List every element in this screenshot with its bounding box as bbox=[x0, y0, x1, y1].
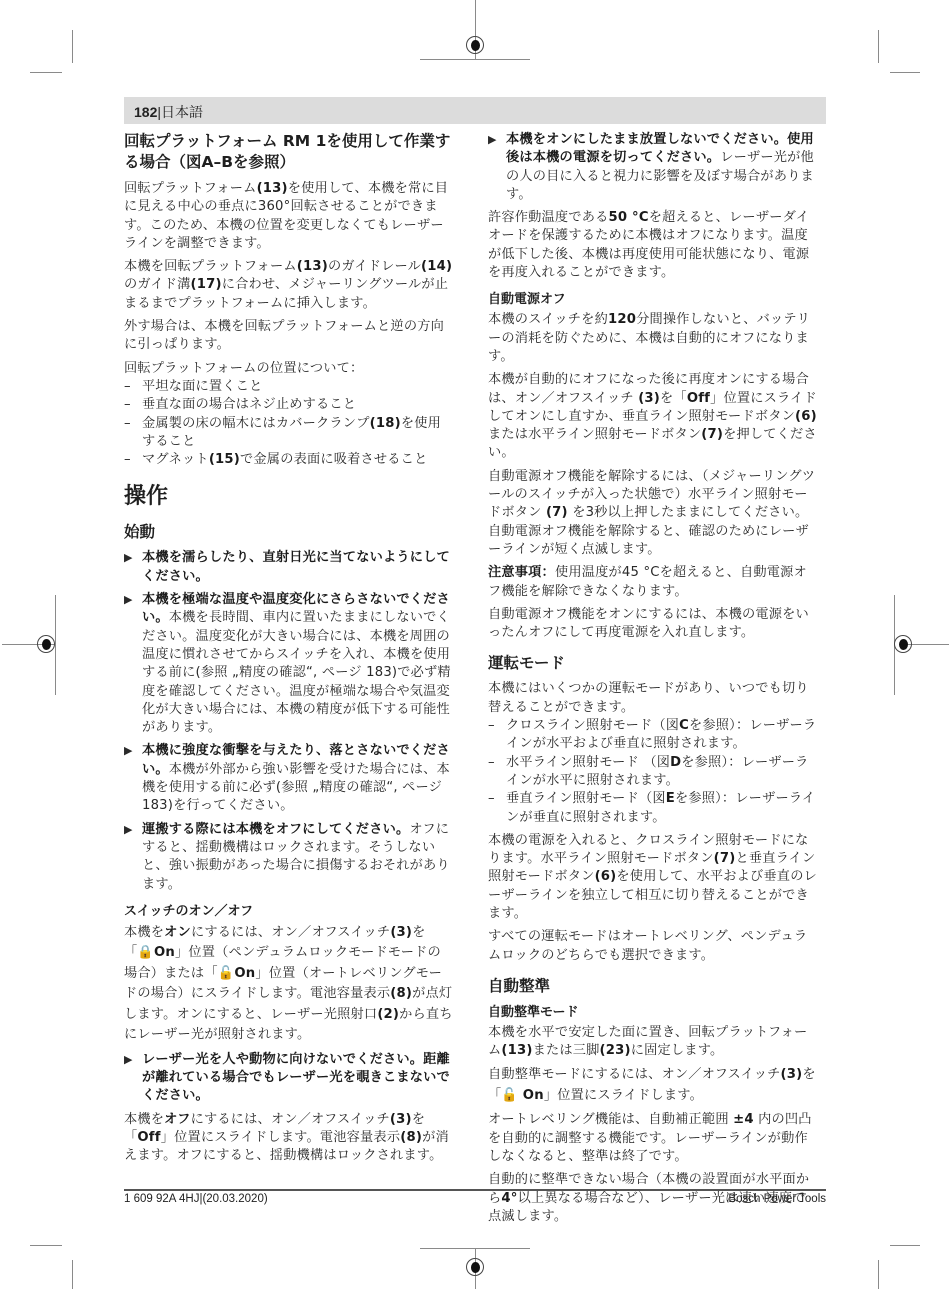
bold-text: (3) bbox=[390, 1112, 412, 1127]
crop-mark bbox=[72, 30, 73, 63]
bold-text: オン bbox=[164, 925, 191, 940]
list-item: –平坦な面に置くこと bbox=[124, 378, 454, 396]
bold-text: Off bbox=[137, 1130, 160, 1145]
warning-item: ▶本機を極端な温度や温度変化にさらさないでください。本機を長時間、車内に置いたま… bbox=[124, 591, 454, 737]
bold-text: (3) bbox=[390, 925, 412, 940]
bold-text: (15) bbox=[209, 452, 240, 467]
warning-triangle-icon: ▶ bbox=[124, 591, 133, 609]
unlocked-padlock-icon: 🔓 On bbox=[501, 1088, 543, 1103]
warning-triangle-icon: ▶ bbox=[124, 821, 133, 839]
paragraph: 本機を水平で安定した面に置き、回転プラットフォーム(13)または三脚(23)に固… bbox=[488, 1024, 818, 1061]
dash-bullet-icon: – bbox=[124, 378, 131, 396]
text: 自動整準モードにするには、オン／オフスイッチ bbox=[488, 1067, 781, 1082]
text: 垂直ライン照射モード（図 bbox=[506, 791, 666, 806]
text: または三脚 bbox=[533, 1043, 600, 1058]
paragraph: 外す場合は、本機を回転プラットフォームと逆の方向に引っぱります。 bbox=[124, 318, 454, 355]
paragraph: 自動電源オフ機能をオンにするには、本機の電源をいったんオフにして再度電源を入れ直… bbox=[488, 606, 818, 643]
section-title-operation: 操作 bbox=[124, 483, 454, 511]
dash-bullet-icon: – bbox=[124, 415, 131, 433]
text: 水平ライン照射モード （図 bbox=[506, 755, 670, 770]
bold-text: (6) bbox=[595, 869, 617, 884]
text: に固定します。 bbox=[631, 1043, 724, 1058]
page-number: 182 bbox=[134, 104, 157, 120]
text: にするには、オン／オフスイッチ bbox=[191, 1112, 390, 1127]
crop-mark bbox=[30, 1245, 62, 1246]
paragraph: オートレベリング機能は、自動補正範囲 ±4 内の凹凸を自動的に調整する機能です。… bbox=[488, 1111, 818, 1166]
note: 注意事項：使用温度が45 °Cを超えると、自動電源オフ機能を解除できなくなります… bbox=[488, 564, 818, 601]
text: または水平ライン照射モードボタン bbox=[488, 427, 701, 442]
warning-item: ▶運搬する際には本機をオフにしてください。オフにすると、揺動機構はロックされます… bbox=[124, 821, 454, 894]
paragraph: 許容作動温度である50 °Cを超えると、レーザーダイオードを保護するために本機は… bbox=[488, 209, 818, 282]
bold-text: E bbox=[666, 791, 675, 806]
crop-mark bbox=[878, 1260, 879, 1289]
modes-list: –クロスライン照射モード（図Cを参照）：レーザーラインが水平および垂直に照射され… bbox=[488, 717, 818, 827]
bold-text: (17) bbox=[191, 277, 222, 292]
bold-text: 4° bbox=[501, 1191, 517, 1206]
warning-triangle-icon: ▶ bbox=[124, 1051, 133, 1069]
text: 」位置にスライドします。 bbox=[544, 1088, 703, 1103]
bold-text: 運搬する際には本機をオフにしてください。 bbox=[142, 822, 409, 837]
left-column: 回転プラットフォーム RM 1を使用して作業する場合（図A–Bを参照） 回転プラ… bbox=[124, 131, 454, 1171]
text: 本機を bbox=[124, 925, 164, 940]
text: 垂直な面の場合はネジ止めすること bbox=[142, 397, 356, 412]
bold-text: (8) bbox=[390, 986, 412, 1001]
warning-triangle-icon: ▶ bbox=[488, 131, 497, 149]
bold-text: (3) bbox=[781, 1067, 803, 1082]
section-title-auto-off: 自動電源オフ bbox=[488, 290, 818, 309]
bold-text: (8) bbox=[400, 1130, 422, 1145]
registration-target-icon bbox=[466, 36, 484, 54]
list-item: –マグネット(15)で金属の表面に吸着させること bbox=[124, 451, 454, 469]
list-item: –垂直ライン照射モード（図Eを参照）：レーザーラインが垂直に照射されます。 bbox=[488, 790, 818, 827]
text: 本機が外部から強い影響を受けた場合には、本機を使用する前に必ず(参照 „精度の確… bbox=[142, 762, 450, 814]
text: で金属の表面に吸着させること bbox=[240, 452, 427, 467]
page-header: 182|日本語 bbox=[134, 102, 203, 122]
section-title-modes: 運転モード bbox=[488, 652, 818, 674]
bold-text: 注意事項： bbox=[488, 565, 555, 580]
text: オートレベリング機能は、自動補正範囲 bbox=[488, 1112, 733, 1127]
bold-text: 本機を濡らしたり、直射日光に当てないようにしてください。 bbox=[142, 550, 450, 583]
paragraph: 本機をオフにするには、オン／オフスイッチ(3)を「Off」位置にスライドします。… bbox=[124, 1111, 454, 1166]
bold-text: D bbox=[670, 755, 681, 770]
paragraph: 本機が自動的にオフになった後に再度オンにする場合は、オン／オフスイッチ (3)を… bbox=[488, 371, 818, 462]
bold-text: (6) bbox=[795, 409, 817, 424]
bold-text: Off bbox=[687, 391, 710, 406]
bold-text: (14) bbox=[421, 259, 452, 274]
footer-brand: Bosch Power Tools bbox=[728, 1193, 826, 1205]
section-title-startup: 始動 bbox=[124, 521, 454, 543]
paragraph: すべての運転モードはオートレベリング、ペンデュラムロックのどちらでも選択できます… bbox=[488, 928, 818, 965]
text: 本機のスイッチを約 bbox=[488, 312, 608, 327]
warning-item: ▶本機をオンにしたまま放置しないでください。使用後は本機の電源を切ってください。… bbox=[488, 131, 818, 204]
warning-item: ▶本機に強度な衝撃を与えたり、落とさないでください。本機が外部から強い影響を受け… bbox=[124, 742, 454, 815]
text: 本機を回転プラットフォーム bbox=[124, 259, 297, 274]
list-item: –垂直な面の場合はネジ止めすること bbox=[124, 396, 454, 414]
bold-text: 50 °C bbox=[609, 210, 649, 225]
paragraph: 本機にはいくつかの運転モードがあり、いつでも切り替えることができます。 bbox=[488, 680, 818, 717]
crop-mark bbox=[30, 72, 62, 73]
right-column: ▶本機をオンにしたまま放置しないでください。使用後は本機の電源を切ってください。… bbox=[488, 131, 818, 1231]
registration-target-icon bbox=[894, 635, 912, 653]
paragraph: 本機の電源を入れると、クロスライン照射モードになります。水平ライン照射モードボタ… bbox=[488, 832, 818, 923]
bold-text: オフ bbox=[164, 1112, 190, 1127]
paragraph: 回転プラットフォームの位置について： bbox=[124, 360, 454, 378]
dash-bullet-icon: – bbox=[124, 451, 131, 469]
bold-text: (7) bbox=[714, 851, 736, 866]
bold-text: C bbox=[679, 718, 689, 733]
crop-mark bbox=[890, 72, 920, 73]
paragraph: 本機のスイッチを約120分間操作しないと、バッテリーの消耗を防ぐために、本機は自… bbox=[488, 311, 818, 366]
registration-target-icon bbox=[466, 1258, 484, 1276]
doc-id: 1 609 92A 4HJ bbox=[124, 1193, 199, 1205]
dash-bullet-icon: – bbox=[488, 717, 495, 735]
warning-triangle-icon: ▶ bbox=[124, 549, 133, 567]
warning-triangle-icon: ▶ bbox=[124, 742, 133, 760]
text: 本機を bbox=[124, 1112, 164, 1127]
text: を「 bbox=[660, 391, 687, 406]
unlocked-padlock-icon: 🔓On bbox=[218, 966, 256, 981]
text: 平坦な面に置くこと bbox=[142, 379, 263, 394]
bold-text: (13) bbox=[297, 259, 328, 274]
list-item: –水平ライン照射モード （図Dを参照）：レーザーラインが水平に照射されます。 bbox=[488, 754, 818, 791]
footer-doc-info: 1 609 92A 4HJ|(20.03.2020) bbox=[124, 1193, 268, 1205]
dash-bullet-icon: – bbox=[124, 396, 131, 414]
section-title-switch: スイッチのオン／オフ bbox=[124, 902, 454, 921]
crop-mark bbox=[890, 1245, 920, 1246]
text: 許容作動温度である bbox=[488, 210, 609, 225]
text: クロスライン照射モード（図 bbox=[506, 718, 679, 733]
header-language: 日本語 bbox=[161, 104, 203, 120]
paragraph: 自動整準モードにするには、オン／オフスイッチ(3)を「🔓 On」位置にスライドし… bbox=[488, 1065, 818, 1106]
bold-text: (13) bbox=[501, 1043, 532, 1058]
bold-text: (7) bbox=[546, 505, 568, 520]
text: 回転プラットフォーム bbox=[124, 181, 257, 196]
section-title-leveling: 自動整準 bbox=[488, 975, 818, 997]
paragraph: 本機をオンにするには、オン／オフスイッチ(3)を「🔒On」位置（ペンデュラムロッ… bbox=[124, 923, 454, 1046]
registration-target-icon bbox=[37, 635, 55, 653]
doc-date: (20.03.2020) bbox=[202, 1193, 267, 1205]
bold-text: レーザー光を人や動物に向けないでください。距離が離れている場合でもレーザー光を覗… bbox=[142, 1052, 450, 1104]
bold-text: (13) bbox=[257, 181, 288, 196]
section-title-rm1: 回転プラットフォーム RM 1を使用して作業する場合（図A–Bを参照） bbox=[124, 131, 454, 173]
bold-text: (23) bbox=[600, 1043, 631, 1058]
warning-item: ▶本機を濡らしたり、直射日光に当てないようにしてください。 bbox=[124, 549, 454, 586]
text: 本機を長時間、車内に置いたままにしないでください。温度変化が大きい場合には、本機… bbox=[142, 610, 451, 735]
locked-padlock-icon: 🔒On bbox=[137, 945, 175, 960]
crop-mark bbox=[55, 595, 56, 695]
bold-text: (18) bbox=[370, 416, 401, 431]
bold-text: ±4 bbox=[733, 1112, 754, 1127]
text: マグネット bbox=[142, 452, 209, 467]
section-title-leveling-mode: 自動整準モード bbox=[488, 1003, 818, 1022]
bold-text: (7) bbox=[701, 427, 723, 442]
paragraph: 回転プラットフォーム(13)を使用して、本機を常に目に見える中心の垂点に360°… bbox=[124, 180, 454, 253]
platform-position-list: –平坦な面に置くこと–垂直な面の場合はネジ止めすること–金属製の床の幅木にはカバ… bbox=[124, 378, 454, 469]
warning-item: ▶レーザー光を人や動物に向けないでください。距離が離れている場合でもレーザー光を… bbox=[124, 1051, 454, 1106]
text: 金属製の床の幅木にはカバークランプ bbox=[142, 416, 370, 431]
dash-bullet-icon: – bbox=[488, 790, 495, 808]
text: にするには、オン／オフスイッチ bbox=[191, 925, 390, 940]
bold-text: 120 bbox=[608, 312, 636, 327]
list-item: –金属製の床の幅木にはカバークランプ(18)を使用すること bbox=[124, 415, 454, 452]
page-header-bar bbox=[124, 97, 826, 124]
crop-mark bbox=[72, 1260, 73, 1289]
startup-warnings: ▶本機を濡らしたり、直射日光に当てないようにしてください。▶本機を極端な温度や温… bbox=[124, 549, 454, 893]
crop-mark bbox=[420, 59, 530, 60]
bold-text: (3) bbox=[638, 391, 660, 406]
list-item: –クロスライン照射モード（図Cを参照）：レーザーラインが水平および垂直に照射され… bbox=[488, 717, 818, 754]
footer-rule bbox=[124, 1189, 826, 1191]
bold-text: (2) bbox=[377, 1007, 399, 1022]
text: のガイド溝 bbox=[124, 277, 191, 292]
paragraph: 本機を回転プラットフォーム(13)のガイドレール(14)のガイド溝(17)に合わ… bbox=[124, 258, 454, 313]
text: のガイドレール bbox=[328, 259, 421, 274]
paragraph: 自動電源オフ機能を解除するには、（メジャーリングツールのスイッチが入った状態で）… bbox=[488, 468, 818, 559]
text: 」位置にスライドします。電池容量表示 bbox=[161, 1130, 401, 1145]
dash-bullet-icon: – bbox=[488, 754, 495, 772]
crop-mark bbox=[878, 30, 879, 63]
